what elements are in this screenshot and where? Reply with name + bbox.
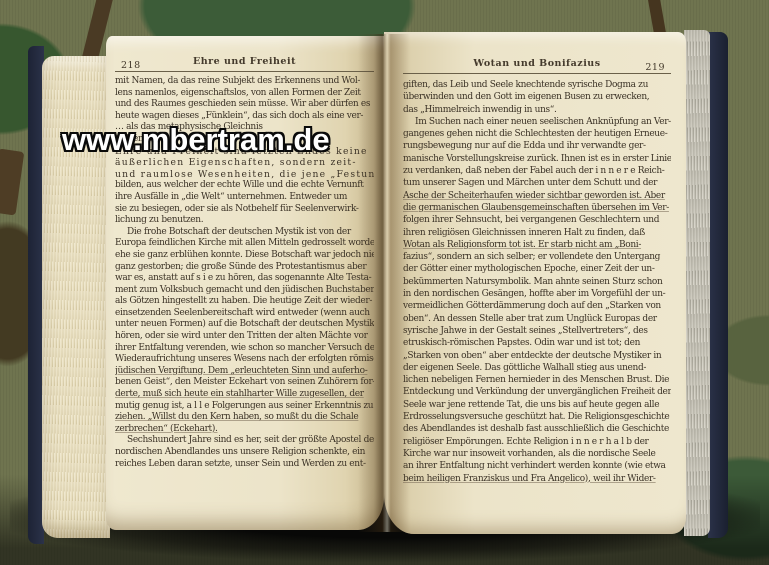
- text-line: Kirche war nur insoweit vorhanden, als d…: [403, 448, 671, 460]
- text-line: lichung zu benutzen.: [115, 215, 374, 227]
- text-line: mit Namen, da das reine Subjekt des Erke…: [115, 76, 374, 88]
- text-line: Die frohe Botschaft der deutschen Mystik…: [115, 227, 374, 239]
- right-page-header: Wotan und Bonifazius 219: [403, 58, 671, 74]
- text-line: heute wagen dieses „Fünklein“, das sich …: [115, 111, 374, 123]
- right-page: Wotan und Bonifazius 219 giften, das Lei…: [384, 32, 686, 534]
- left-page: 218 Ehre und Freiheit mit Namen, da das …: [106, 36, 384, 530]
- text-line: lens namenlos, eigenschaftslos, von alle…: [115, 88, 374, 100]
- text-line: an ihrer Entfaltung nicht verhindert wer…: [403, 460, 671, 472]
- text-line: bekümmerten Natursymbolik. Man ahnte sei…: [403, 276, 671, 288]
- text-line: zu verdanken, daß neben der Fabel auch d…: [403, 165, 671, 177]
- text-line: hören, oder sie wird unter den Tritten d…: [115, 331, 374, 343]
- text-line: Wiederaufrichtung unseres Wesens nach de…: [115, 354, 374, 366]
- text-line: ganz gestorben; die große Sünde des Prot…: [115, 262, 374, 274]
- text-line: als Götzen hingestellt zu haben. Die heu…: [115, 296, 374, 308]
- text-line: Sechshundert Jahre sind es her, seit der…: [115, 435, 374, 447]
- page-number-right: 219: [645, 62, 665, 73]
- text-line: beim heiligen Franziskus und Fra Angelic…: [403, 473, 671, 485]
- text-line: jüdischen Vergiftung. Dem „erleuchteten …: [115, 366, 374, 378]
- text-line: fazius“, sondern an sich selber; er voll…: [403, 251, 671, 263]
- text-line: äußerlichen Eigenschaften, sondern zeit-: [115, 157, 374, 169]
- text-line: ihrer Entfaltung verenden, wie schon so …: [115, 343, 374, 355]
- text-line: Seele war jene rettende Tat, die uns bis…: [403, 399, 671, 411]
- text-line: lichen nebeligen Fernen hernieder in des…: [403, 374, 671, 386]
- text-line: etruskisch-römischen Papstes. Odin war u…: [403, 337, 671, 349]
- text-line: derte, muß sich heute ein stahlharter Wi…: [115, 389, 374, 401]
- right-page-content: Wotan und Bonifazius 219 giften, das Lei…: [403, 58, 671, 485]
- book-photo-scene: 218 Ehre und Freiheit mit Namen, da das …: [0, 0, 769, 565]
- text-line: oben“. An dessen Stelle aber trat zum Un…: [403, 313, 671, 325]
- text-line: sie zu besiegen, oder sie als Notbehelf …: [115, 204, 374, 216]
- text-line: Wotan als Religionsform tot ist. Er star…: [403, 239, 671, 251]
- text-line: das „Himmelreich inwendig in uns“.: [403, 104, 671, 116]
- text-line: ment zum Volksbuch gemacht und den jüdis…: [115, 285, 374, 297]
- text-line: benen Geist“, den Meister Eckehart von s…: [115, 377, 374, 389]
- text-line: Erdrosselungsversuche geschützt hat. Die…: [403, 411, 671, 423]
- text-line: des Abendlandes ist deshalb fast ausschl…: [403, 423, 671, 435]
- text-line: tum unserer Sagen und Märchen unter dem …: [403, 177, 671, 189]
- running-head-left: Ehre und Freiheit: [115, 56, 374, 67]
- text-line: folgen ihrer Sehnsucht, bei vergangenen …: [403, 214, 671, 226]
- text-line: ihre Ausfälle in „die Welt“ unternehmen.…: [115, 192, 374, 204]
- text-line: zerbrechen“ (Eckehart).: [115, 424, 374, 436]
- book-cover-right: [708, 32, 728, 538]
- right-page-text: giften, das Leib und Seele knechtende sy…: [403, 79, 671, 485]
- text-line: reiches Leben daran setzte, unser Sein u…: [115, 459, 374, 471]
- text-line: vermeidlichen Götterdämmerung doch auf d…: [403, 300, 671, 312]
- text-line: mutig genug ist, a l l e Folgerungen aus…: [115, 401, 374, 413]
- text-line: und des Raumes geschieden sein müsse. Wi…: [115, 99, 374, 111]
- text-line: syrische Jahwe in der Gestalt seines „St…: [403, 325, 671, 337]
- text-line: nordischen Abendlandes uns unsere Religi…: [115, 447, 374, 459]
- text-line: und raumlose Wesenheiten, die jene „Fest…: [115, 169, 374, 181]
- running-head-right: Wotan und Bonifazius: [403, 58, 671, 69]
- text-line: Europa feindlichen Kirche mit allen Mitt…: [115, 238, 374, 250]
- text-line: einsetzenden Seelenbereitschaft wird ent…: [115, 308, 374, 320]
- text-line: überwinden und den Gott im eigenen Busen…: [403, 91, 671, 103]
- page-number-left: 218: [121, 60, 141, 71]
- text-line: ehe sie ganz erblühen konnte. Diese Bots…: [115, 250, 374, 262]
- text-line: Entdeckung und Verkündung der unvergängl…: [403, 386, 671, 398]
- text-line: ihren religiösen Gleichnissen inneren Ha…: [403, 227, 671, 239]
- text-line: in den nordischen Gesängen, hoffte aber …: [403, 288, 671, 300]
- left-page-header: 218 Ehre und Freiheit: [115, 56, 374, 72]
- text-line: war es, anstatt auf s i e zu hören, das …: [115, 273, 374, 285]
- left-page-content: 218 Ehre und Freiheit mit Namen, da das …: [115, 56, 374, 470]
- camo-stroke: [0, 149, 24, 216]
- text-line: die germanischen Glaubensgemeinschaften …: [403, 202, 671, 214]
- text-line: manische Vorstellungskreise zurück. Ihne…: [403, 153, 671, 165]
- text-line: Asche der Scheiterhaufen wieder sichtbar…: [403, 190, 671, 202]
- text-line: gangenes gehen nicht die Schlechtesten d…: [403, 128, 671, 140]
- text-line: der Götter einer mythologischen Epoche, …: [403, 263, 671, 275]
- text-line: der eigenen Seele. Das göttliche Walhall…: [403, 362, 671, 374]
- text-line: bilden, aus welcher der echte Wille und …: [115, 180, 374, 192]
- text-line: unter neuen Formen) auf die Botschaft de…: [115, 319, 374, 331]
- watermark: www.mbertram.de: [62, 122, 330, 158]
- text-line: giften, das Leib und Seele knechtende sy…: [403, 79, 671, 91]
- text-line: rungsbewegung nur auf die Edda und ihr v…: [403, 140, 671, 152]
- text-line: religiöser Empörungen. Echte Religion i …: [403, 436, 671, 448]
- text-line: ziehen. „Willst du den Kern haben, so mu…: [115, 412, 374, 424]
- text-line: „Starken von oben“ aber entdeckte der de…: [403, 350, 671, 362]
- page-edges-right: [684, 30, 710, 536]
- text-line: Im Suchen nach einer neuen seelischen An…: [403, 116, 671, 128]
